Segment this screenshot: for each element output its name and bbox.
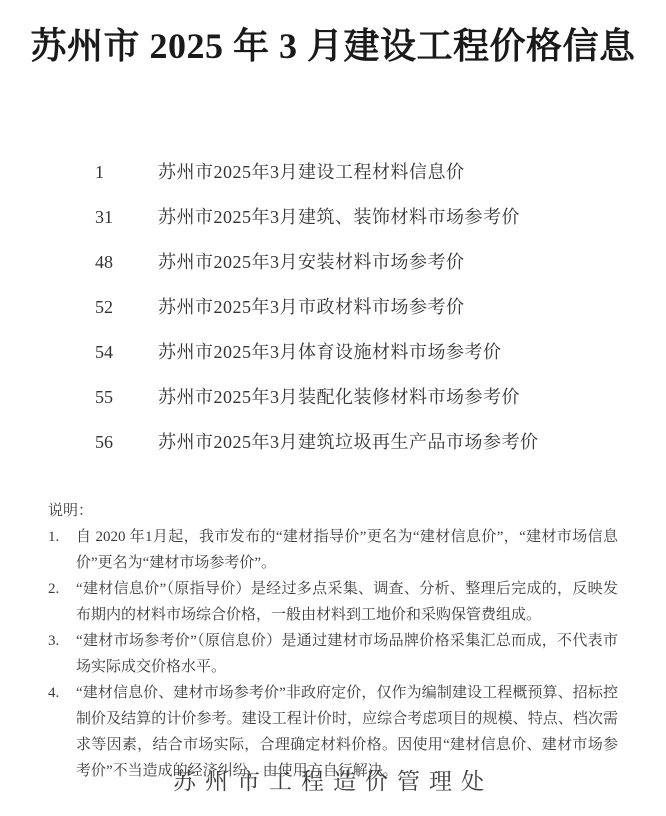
note-number: 1. [48, 524, 76, 576]
note-item: 2. “建材信息价”（原指导价）是经过多点采集、调查、分析、整理后完成的，反映发… [48, 576, 618, 628]
toc-entry: 31 苏州市2025年3月建筑、装饰材料市场参考价 [95, 205, 666, 229]
note-text: “建材市场参考价”（原信息价）是通过建材市场品牌价格采集汇总而成，不代表市场实际… [76, 628, 618, 680]
toc-page-number: 52 [95, 295, 158, 319]
toc-entry: 1 苏州市2025年3月建设工程材料信息价 [95, 160, 666, 184]
toc-page-number: 31 [95, 205, 158, 229]
note-item: 1. 自 2020 年1月起，我市发布的“建材指导价”更名为“建材信息价”，“建… [48, 524, 618, 576]
toc-page-number: 54 [95, 340, 158, 364]
toc-entry: 48 苏州市2025年3月安装材料市场参考价 [95, 250, 666, 274]
toc-page-number: 1 [95, 160, 158, 184]
publisher-footer: 苏州市工程造价管理处 [0, 763, 666, 796]
toc-entry-title: 苏州市2025年3月建筑垃圾再生产品市场参考价 [158, 430, 539, 454]
note-text: 自 2020 年1月起，我市发布的“建材指导价”更名为“建材信息价”，“建材市场… [76, 524, 618, 576]
toc-entry-title: 苏州市2025年3月建设工程材料信息价 [158, 160, 465, 184]
toc-entry-title: 苏州市2025年3月安装材料市场参考价 [158, 250, 465, 274]
toc-entry-title: 苏州市2025年3月市政材料市场参考价 [158, 295, 465, 319]
notes-heading: 说明： [48, 498, 618, 524]
toc-page-number: 48 [95, 250, 158, 274]
note-number: 3. [48, 628, 76, 680]
toc-entry: 54 苏州市2025年3月体育设施材料市场参考价 [95, 340, 666, 364]
toc-page-number: 55 [95, 385, 158, 409]
toc-page-number: 56 [95, 430, 158, 454]
note-item: 3. “建材市场参考价”（原信息价）是通过建材市场品牌价格采集汇总而成，不代表市… [48, 628, 618, 680]
toc-entry-title: 苏州市2025年3月建筑、装饰材料市场参考价 [158, 205, 520, 229]
toc-entry-title: 苏州市2025年3月体育设施材料市场参考价 [158, 340, 502, 364]
document-page: 苏州市 2025 年 3 月建设工程价格信息 1 苏州市2025年3月建设工程材… [0, 0, 666, 816]
notes-section: 说明： 1. 自 2020 年1月起，我市发布的“建材指导价”更名为“建材信息价… [0, 498, 666, 784]
toc-entry: 52 苏州市2025年3月市政材料市场参考价 [95, 295, 666, 319]
table-of-contents: 1 苏州市2025年3月建设工程材料信息价 31 苏州市2025年3月建筑、装饰… [0, 160, 666, 454]
note-text: “建材信息价”（原指导价）是经过多点采集、调查、分析、整理后完成的，反映发布期内… [76, 576, 618, 628]
toc-entry: 56 苏州市2025年3月建筑垃圾再生产品市场参考价 [95, 430, 666, 454]
toc-entry: 55 苏州市2025年3月装配化装修材料市场参考价 [95, 385, 666, 409]
page-title: 苏州市 2025 年 3 月建设工程价格信息 [0, 22, 666, 70]
note-number: 2. [48, 576, 76, 628]
toc-entry-title: 苏州市2025年3月装配化装修材料市场参考价 [158, 385, 520, 409]
